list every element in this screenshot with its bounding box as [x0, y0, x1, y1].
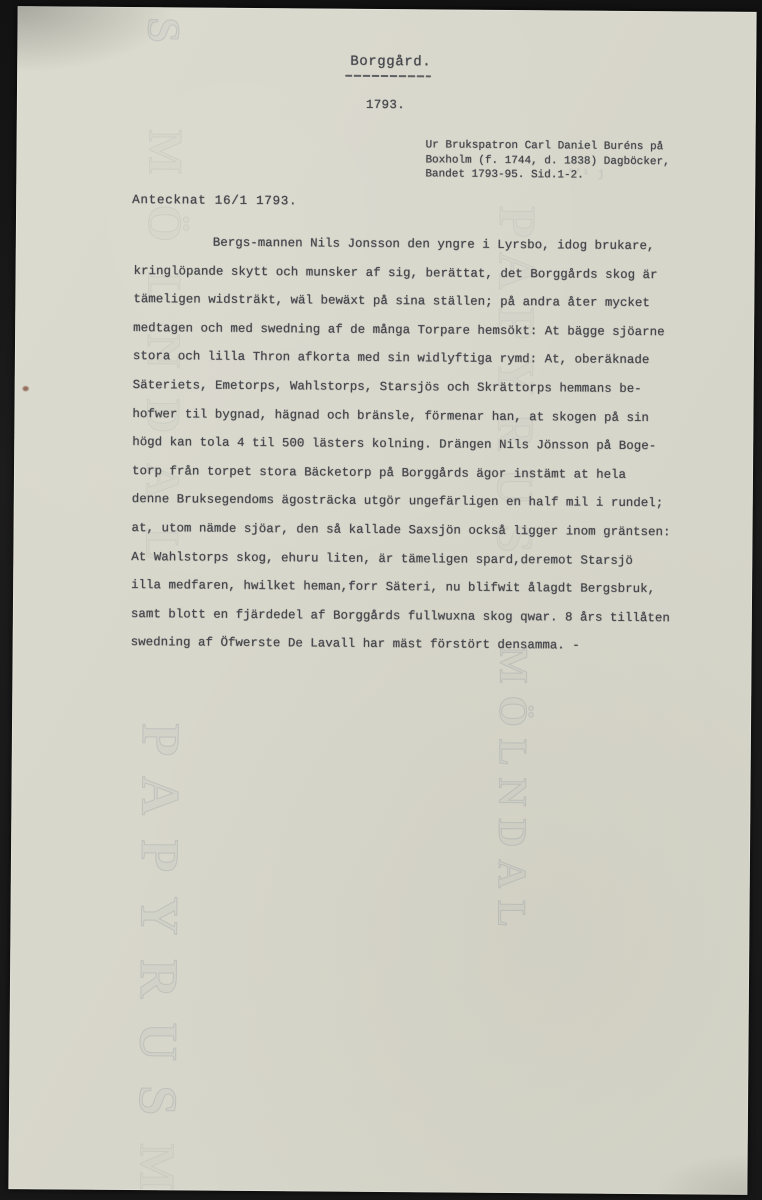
body-line: at, utom nämde sjöar, den så kallade Sax… — [131, 514, 670, 547]
body-line: samt blott en fjärdedel af Borggårds ful… — [131, 600, 670, 633]
body-line: torp från torpet stora Bäcketorp på Borg… — [132, 457, 671, 490]
body-line: hofwer til bygnad, hägnad och bränsle, f… — [132, 400, 671, 433]
source-attribution: Ur Brukspatron Carl Daniel Buréns påBoxh… — [425, 138, 670, 184]
red-dot-stain — [23, 386, 29, 391]
watermark-left-top: S — [137, 17, 190, 43]
source-line: Bandet 1793-95. Sid.1-2. — [425, 168, 669, 185]
scan-frame: S MÖLNDAL PAPYRUS M PAPYRUS MÖLNDAL Borg… — [0, 0, 762, 1200]
watermark-left-bottom: M — [128, 1143, 186, 1191]
title-underline — [345, 75, 431, 78]
document-year: 1793. — [366, 98, 405, 112]
watermark-left-lower: PAPYRUS — [127, 723, 192, 1139]
body-line: högd kan tola 4 til 500 lästers kolning.… — [132, 428, 671, 461]
date-note: Antecknat 16/1 1793. — [132, 193, 297, 208]
source-line: Ur Brukspatron Carl Daniel Buréns på — [426, 138, 670, 155]
document-title: Borggård. — [350, 54, 431, 71]
body-line: stora och lilla Thron afkorta med sin wi… — [133, 342, 672, 375]
watermark-right-lower: MÖLNDAL — [488, 646, 537, 939]
body-line: swedning af Öfwerste De Lavall har mäst … — [131, 628, 670, 661]
body-line: medtagen och med swedning af de många To… — [133, 314, 672, 347]
body-line: tämeligen widsträkt, wäl bewäxt på sina … — [133, 285, 672, 318]
body-line: Bergs-mannen Nils Jonsson den yngre i Ly… — [134, 228, 673, 261]
body-line: denne Bruksegendoms ägosträcka utgör ung… — [132, 485, 671, 518]
body-line: Säteriets, Emetorps, Wahlstorps, Starsjö… — [133, 371, 672, 404]
body-line: kringlöpande skytt och munsker af sig, b… — [133, 257, 672, 290]
paper: S MÖLNDAL PAPYRUS M PAPYRUS MÖLNDAL Borg… — [8, 6, 756, 1195]
body-line: illa medfaren, hwilket heman,forr Säteri… — [131, 571, 670, 604]
body-text: Bergs-mannen Nils Jonsson den yngre i Ly… — [131, 228, 673, 661]
body-line: At Wahlstorps skog, ehuru liten, är täme… — [131, 543, 670, 576]
